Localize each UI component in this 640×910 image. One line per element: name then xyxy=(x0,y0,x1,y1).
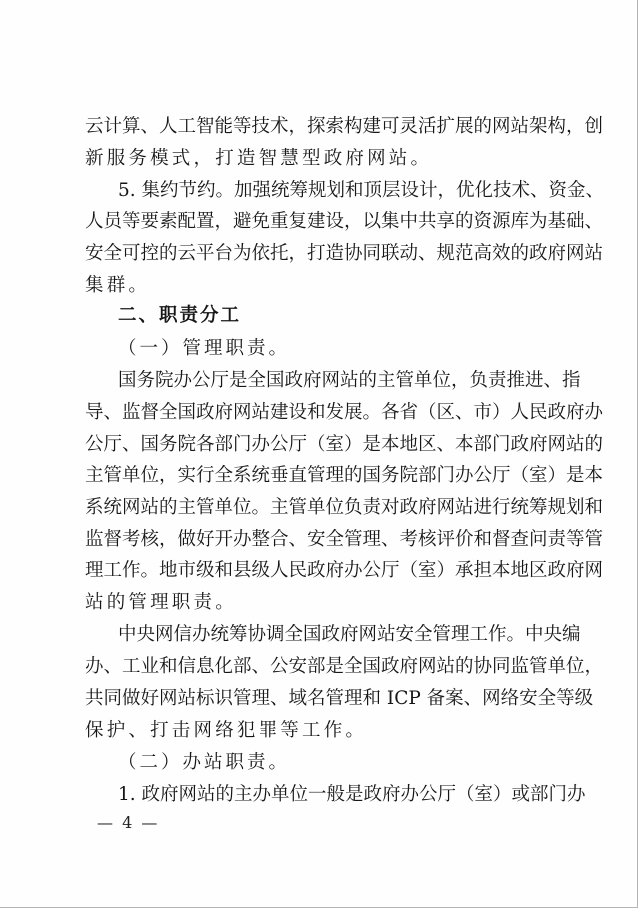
text-line: 站的管理职责。 xyxy=(85,590,552,616)
text-line: 5. 集约节约。加强统筹规划和顶层设计，优化技术、资金、 xyxy=(118,178,552,204)
text-line: 集群。 xyxy=(85,273,552,299)
text-line: 公厅、国务院各部门办公厅（室）是本地区、本部门政府网站的 xyxy=(85,432,552,458)
text-line: 办、工业和信息化部、公安部是全国政府网站的协同监管单位， xyxy=(85,654,552,680)
page-number: — 4 — xyxy=(97,810,159,836)
section-heading: 二、职责分工 xyxy=(118,303,552,329)
text-line: 人员等要素配置，避免重复建设，以集中共享的资源库为基础、 xyxy=(85,209,552,235)
text-line: 云计算、人工智能等技术，探索构建可灵活扩展的网站架构，创 xyxy=(85,114,552,140)
document-page: 云计算、人工智能等技术，探索构建可灵活扩展的网站架构，创 新服务模式，打造智慧型… xyxy=(0,0,638,908)
text-line: 共同做好网站标识管理、域名管理和 ICP 备案、网络安全等级 xyxy=(85,686,552,712)
text-line: 导、监督全国政府网站建设和发展。各省（区、市）人民政府办 xyxy=(85,400,552,426)
text-line: 主管单位，实行全系统垂直管理的国务院部门办公厅（室）是本 xyxy=(85,463,552,489)
text-line: 新服务模式，打造智慧型政府网站。 xyxy=(85,146,552,172)
text-line: 系统网站的主管单位。主管单位负责对政府网站进行统筹规划和 xyxy=(85,495,552,521)
text-line: 国务院办公厅是全国政府网站的主管单位，负责推进、指 xyxy=(118,368,552,394)
text-line: 中央网信办统筹协调全国政府网站安全管理工作。中央编 xyxy=(118,622,552,648)
text-line: 监督考核，做好开办整合、安全管理、考核评价和督查问责等管 xyxy=(85,527,552,553)
text-line: 保护、打击网络犯罪等工作。 xyxy=(85,718,552,744)
text-line: 1. 政府网站的主办单位一般是政府办公厅（室）或部门办 xyxy=(118,782,552,808)
subsection-heading: （二）办站职责。 xyxy=(118,750,552,776)
text-line: 理工作。地市级和县级人民政府办公厅（室）承担本地区政府网 xyxy=(85,558,552,584)
text-line: 安全可控的云平台为依托，打造协同联动、规范高效的政府网站 xyxy=(85,241,552,267)
subsection-heading: （一）管理职责。 xyxy=(118,336,552,362)
